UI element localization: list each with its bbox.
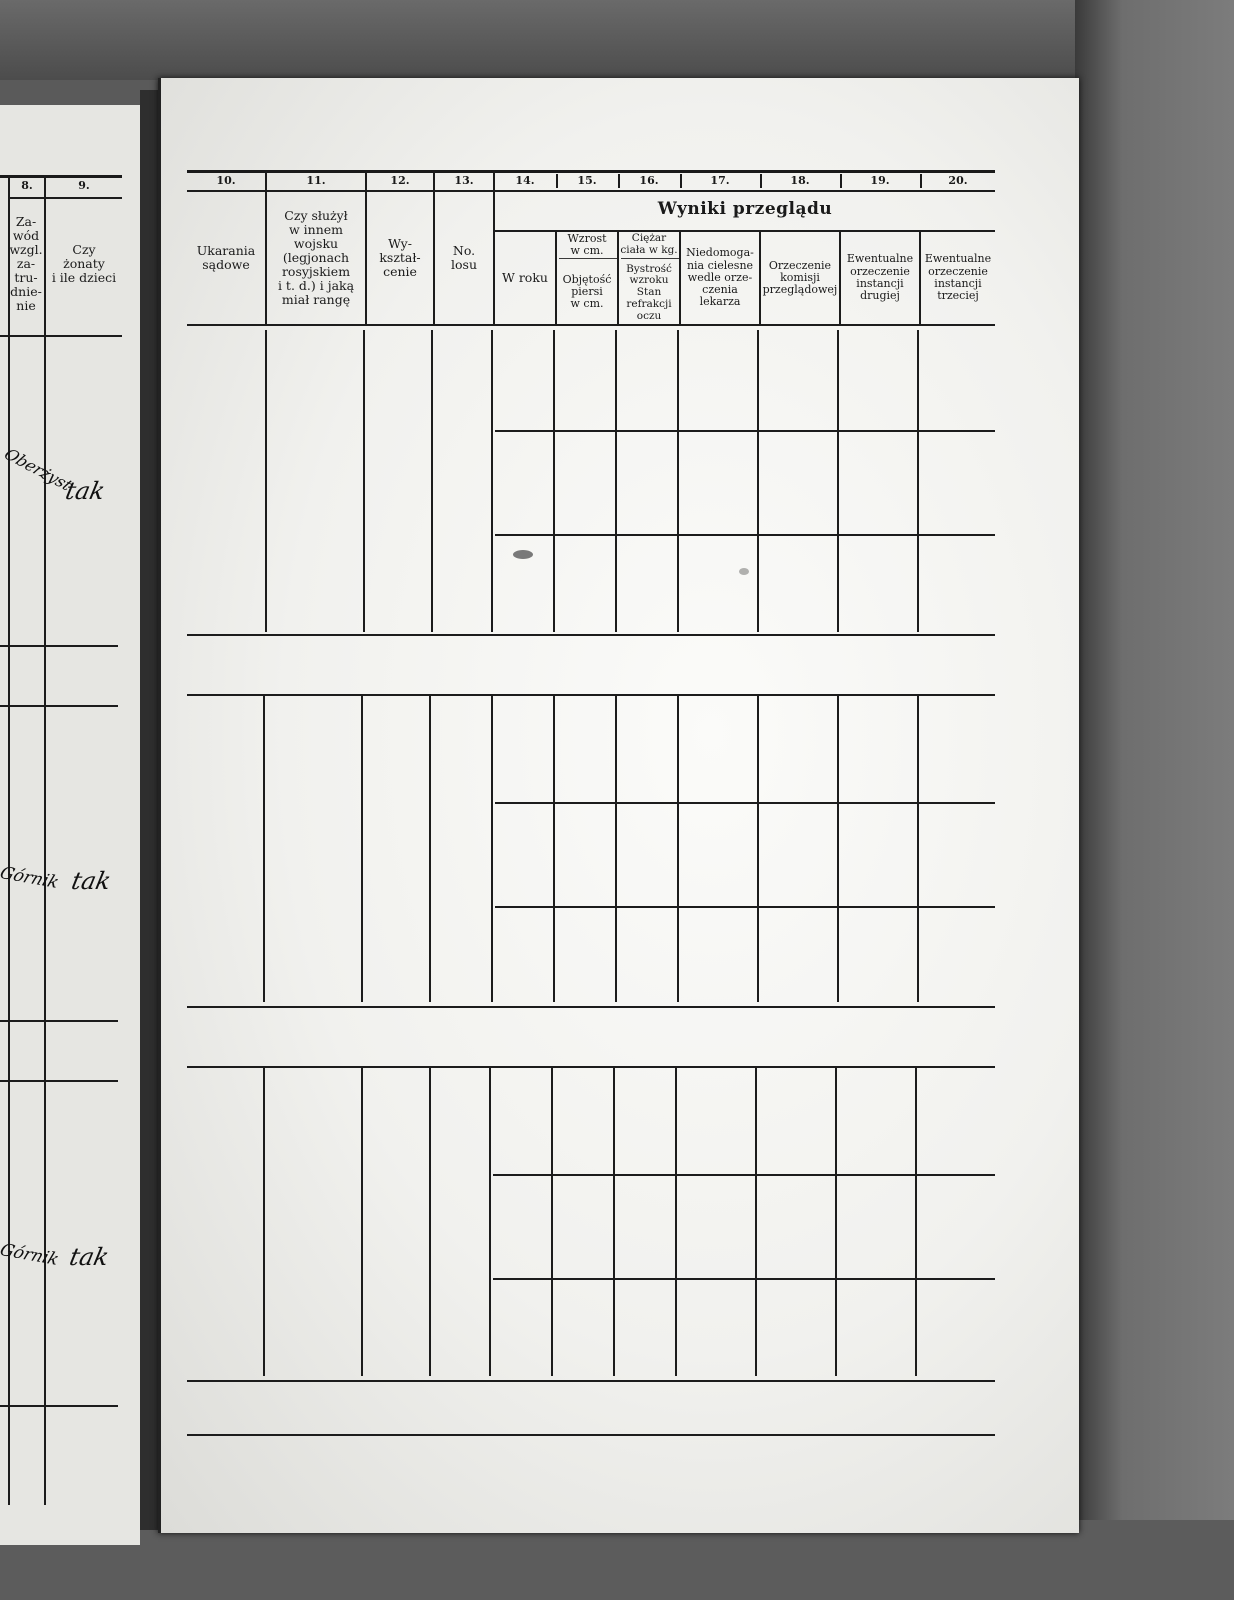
column-number-13: 13. [435,172,493,190]
column-label-weight: Ciężar ciała w kg. [619,232,679,258]
rule [0,705,118,707]
column-label-physical-deficiency: Niedomoga- nia cielesne wedle orze- czen… [681,232,759,324]
handwritten-married-2: tak [69,867,113,895]
book-gutter [140,90,160,1530]
column-label-chest-volume: Objętość piersi w cm. [557,260,617,324]
handwritten-married-1: tak [63,477,107,505]
column-number-16: 16. [619,172,679,190]
rule [0,1405,118,1407]
scan-background-right [1075,0,1234,1600]
column-label-military-service: Czy służył w innem wojsku (legjonach ros… [267,192,365,324]
handwritten-married-3: tak [67,1243,111,1271]
column-number-11: 11. [267,172,365,190]
column-number-15: 15. [557,172,617,190]
column-number-19: 19. [841,172,919,190]
column-label-education: Wy- kształ- cenie [367,192,433,324]
column-number-17: 17. [681,172,759,190]
column-label-married: Czy żonaty i ile dzieci [44,201,124,327]
column-label-occupation: Za- wód wzgl. za- tru- dnie- nie [8,201,44,327]
column-divider [44,175,46,1505]
column-number-12: 12. [367,172,433,190]
handwritten-occupation-1: Oberżyst [0,445,76,494]
section-title-wyniki-przegladu: Wyniki przeglądu [495,192,995,228]
form-page: 10. 11. 12. 13. 14. 15. 16. 17. 18. 19. … [158,78,1079,1533]
column-divider [8,175,10,1505]
header-bottom-rule [187,324,995,326]
column-label-ukarania-sadowe: Ukarania sądowe [187,192,265,324]
page-bottom-rule [187,1434,995,1436]
rule [0,1020,118,1022]
scan-background-top [0,0,1234,80]
rule [8,197,122,199]
column-label-commission-verdict: Orzeczenie komisji przeglądowej [761,232,839,324]
column-label-lot-number: No. losu [435,192,493,324]
column-number-9: 9. [46,177,122,195]
column-label-second-instance: Ewentualne orzeczenie instancji drugiej [841,232,919,324]
rule [0,1080,118,1082]
column-number-10: 10. [187,172,265,190]
column-label-third-instance: Ewentualne orzeczenie instancji trzeciej [921,232,995,324]
column-label-height: Wzrost w cm. [557,232,617,258]
column-number-20: 20. [921,172,995,190]
rule [0,335,122,337]
column-label-year: W roku [495,232,555,324]
column-label-eyesight: Bystrość wzroku Stan refrakcji oczu [619,260,679,326]
column-number-18: 18. [761,172,839,190]
column-number-8: 8. [10,177,44,195]
rule [0,645,118,647]
left-page-fragment: 8. 9. Za- wód wzgl. za- tru- dnie- nie C… [0,105,140,1545]
column-number-14: 14. [495,172,555,190]
